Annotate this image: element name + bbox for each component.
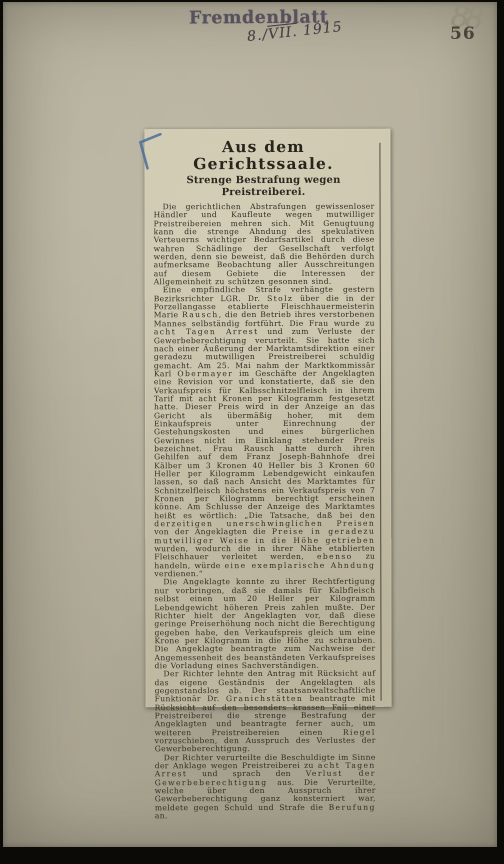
article-title: Aus dem Gerichtssaale. [154,138,372,172]
article-paragraph: Der Richter verurteilte die Beschuldigte… [155,753,376,820]
article-subtitle: Strenge Bestrafung wegen Preistreiberei. [154,175,372,199]
date-month: VII. [267,24,298,43]
article-body: Die gerichtlichen Abstrafungen gewissenl… [154,203,376,821]
archive-page: Fremdenblatt 8./VII. 1915 88 56 Aus dem … [3,2,497,847]
folio-number-stamped: 56 [450,24,476,44]
column-rule [379,143,381,701]
article-paragraph: Die gerichtlichen Abstrafungen gewissenl… [154,203,375,287]
blue-corner-mark-icon [136,131,164,171]
article-paragraph: Die Angeklagte konnte zu ihrer Rechtfert… [154,578,375,670]
date-year: 1915 [297,19,344,40]
article-paragraph: Eine empfindliche Strafe verhängte geste… [154,286,376,578]
news-clipping: Aus dem Gerichtssaale. Strenge Bestrafun… [144,129,391,708]
photo-backdrop: { "page": { "stamp_text": "Fremdenblatt"… [0,0,504,864]
date-day: 8./ [246,27,269,45]
article-paragraph: Der Richter lehnte den Antrag mit Rücksi… [155,670,376,754]
